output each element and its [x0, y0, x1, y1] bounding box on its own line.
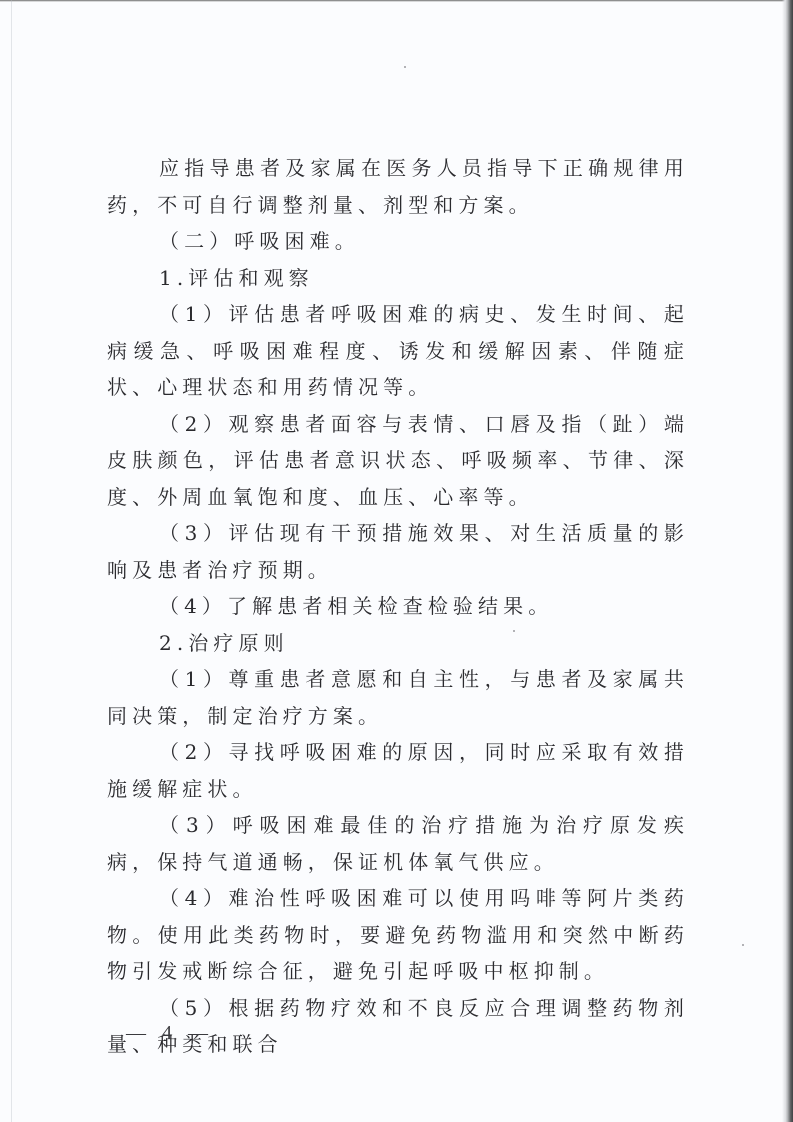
subsection-heading-assessment: 1.评估和观察: [107, 260, 689, 297]
treatment-item-4: （4）难治性呼吸困难可以使用吗啡等阿片类药物。使用此类药物时，要避免药物滥用和突…: [107, 880, 689, 990]
page-number: — 4 —: [126, 1022, 210, 1045]
assessment-item-2: （2）观察患者面容与表情、口唇及指（趾）端皮肤颜色，评估患者意识状态、呼吸频率、…: [107, 406, 689, 516]
assessment-item-4: （4）了解患者相关检查检验结果。: [107, 588, 689, 625]
scan-speck: [742, 944, 744, 946]
treatment-item-3: （3）呼吸困难最佳的治疗措施为治疗原发疾病，保持气道通畅，保证机体氧气供应。: [107, 807, 689, 880]
scan-speck: [404, 66, 406, 68]
section-heading-dyspnea: （二）呼吸困难。: [107, 223, 689, 260]
scan-top-shadow: [0, 0, 793, 2]
treatment-item-2: （2）寻找呼吸困难的原因，同时应采取有效措施缓解症状。: [107, 734, 689, 807]
subsection-heading-treatment: 2.治疗原则: [107, 625, 689, 662]
document-body: 应指导患者及家属在医务人员指导下正确规律用药，不可自行调整剂量、剂型和方案。 （…: [107, 150, 689, 1063]
assessment-item-3: （3）评估现有干预措施效果、对生活质量的影响及患者治疗预期。: [107, 515, 689, 588]
paragraph-medication-guidance: 应指导患者及家属在医务人员指导下正确规律用药，不可自行调整剂量、剂型和方案。: [107, 150, 689, 223]
treatment-item-1: （1）尊重患者意愿和自主性，与患者及家属共同决策，制定治疗方案。: [107, 661, 689, 734]
assessment-item-1: （1）评估患者呼吸困难的病史、发生时间、起病缓急、呼吸困难程度、诱发和缓解因素、…: [107, 296, 689, 406]
scan-right-edge: [785, 0, 793, 1122]
page-left-edge: [11, 0, 12, 1122]
